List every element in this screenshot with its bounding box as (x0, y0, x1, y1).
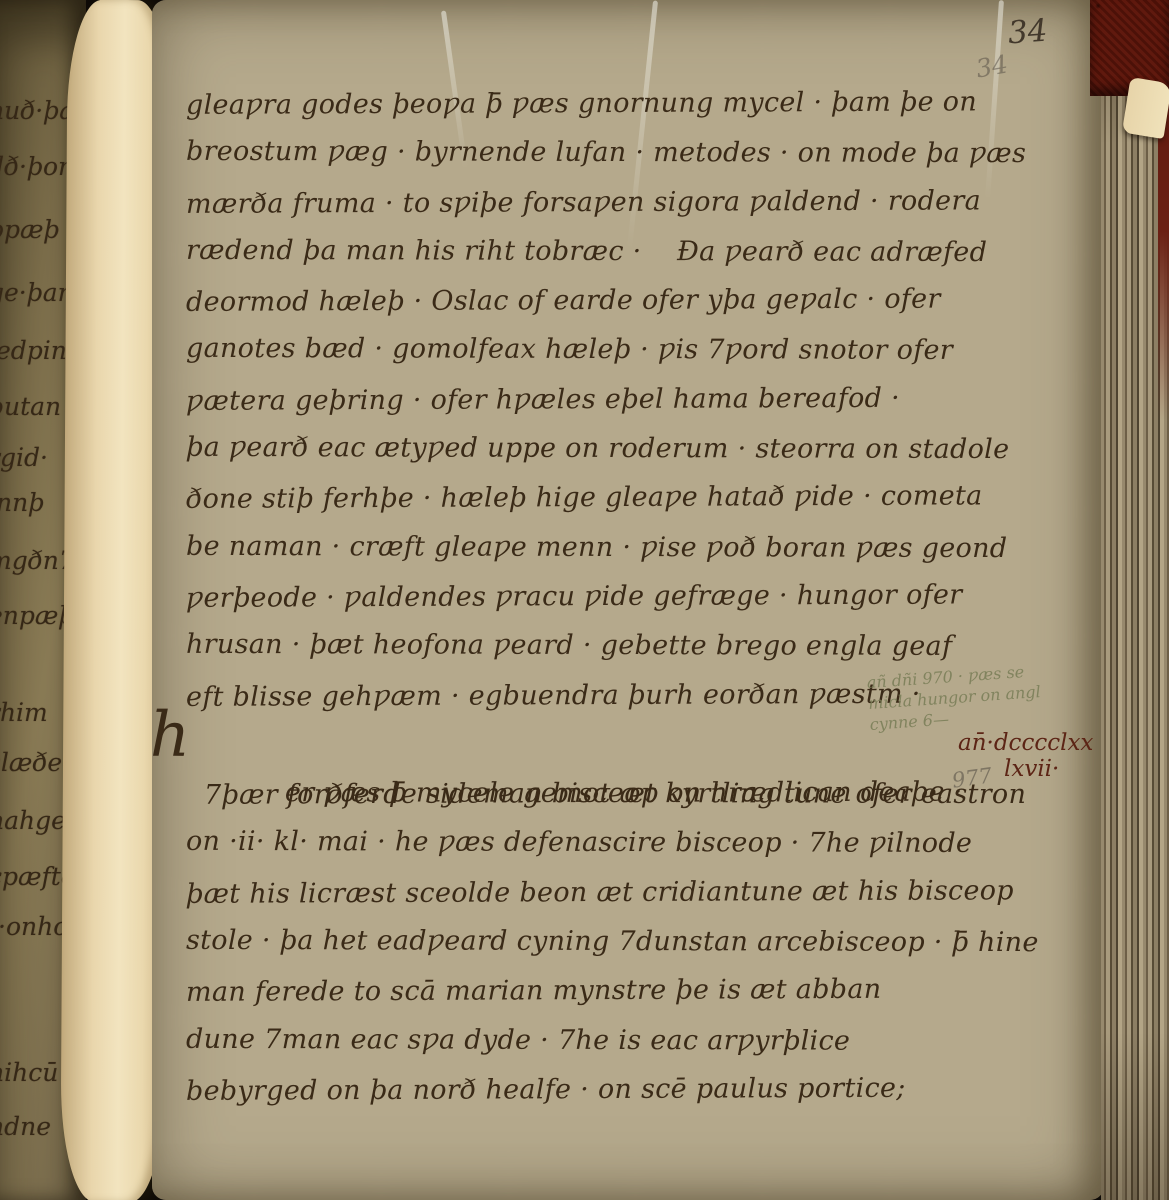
facing-text-fragment: nuð·þa (0, 96, 74, 125)
facing-text-fragment: nihcū (0, 1058, 58, 1087)
text-line: ganotes bæd · gomolfeax hæleþ · ƿis 7ƿor… (186, 324, 1036, 376)
folio-number: 34 (1007, 13, 1049, 52)
text-line: stole · þa het eadƿeard cyning 7dunstan … (186, 916, 1036, 968)
year-annotation-line: an̄·dcccclxx (958, 730, 1093, 756)
text-line: dune 7man eac sƿa dyde · 7he is eac arƿy… (186, 1015, 1036, 1067)
text-line: bebyrged on þa norð healfe · on scē paul… (186, 1063, 1036, 1116)
facing-text-fragment: butan (0, 392, 61, 421)
main-text-block: gleaƿra godes þeoƿa þ̄ ƿæs gnornung myce… (186, 79, 1036, 1114)
facing-text-fragment: ndne (0, 1112, 51, 1141)
text-line: ƿætera geþring · ofer hƿæles eþel hama b… (186, 373, 1036, 426)
text-line: þa ƿearð eac ætyƿed uppe on roderum · st… (186, 423, 1036, 475)
facing-text-fragment: rgid· (0, 443, 48, 472)
text-line: ðone stiþ ferhþe · hæleþ hige gleaƿe hat… (186, 472, 1036, 525)
facing-text-fragment: rhim (0, 698, 48, 727)
text-line: rædend þa man his riht tobræc · Ða ƿearð… (186, 226, 1036, 278)
text-line: mærða fruma · to sƿiþe forsaƿen sigora ƿ… (186, 176, 1036, 229)
text-line: ƿerþeode · ƿaldendes ƿracu ƿide gefræge … (186, 570, 1036, 623)
decorated-initial: h (150, 705, 190, 765)
text-line: gleaƿra godes þeoƿa þ̄ ƿæs gnornung myce… (186, 77, 1036, 130)
manuscript-page: 34 34 gleaƿra godes þeoƿa þ̄ ƿæs gnornun… (152, 0, 1104, 1200)
leaf-corner (1122, 77, 1169, 139)
facing-text-fragment: slæðe (0, 748, 62, 777)
text-line: breostum ƿæg · byrnende lufan · metodes … (186, 127, 1036, 179)
text-line: hrusan · þæt heofona ƿeard · gebette bre… (186, 620, 1036, 672)
text-line: þæt his licræst sceolde beon æt cridiant… (186, 866, 1036, 919)
text-line: 7þær forðferde sideman bisceop on hrædli… (186, 767, 1036, 820)
facing-text-fragment: nahge (0, 806, 66, 835)
facing-text-fragment: þpæþ (0, 215, 60, 244)
text-line: deormod hæleþ · Oslac of earde ofer yþa … (186, 274, 1036, 327)
text-line: be naman · cræft gleaƿe menn · ƿise ƿoð … (186, 522, 1036, 574)
text-line: man ferede to scā marian mynstre þe is æ… (186, 964, 1036, 1017)
manuscript-photo: nuð·þa dð·þone þpæþ ge·þanþ ledpineð but… (0, 0, 1169, 1200)
text-line: on ·ii· kl· mai · he ƿæs defenascire bis… (186, 817, 1036, 869)
facing-text-fragment: innþ (0, 488, 44, 517)
